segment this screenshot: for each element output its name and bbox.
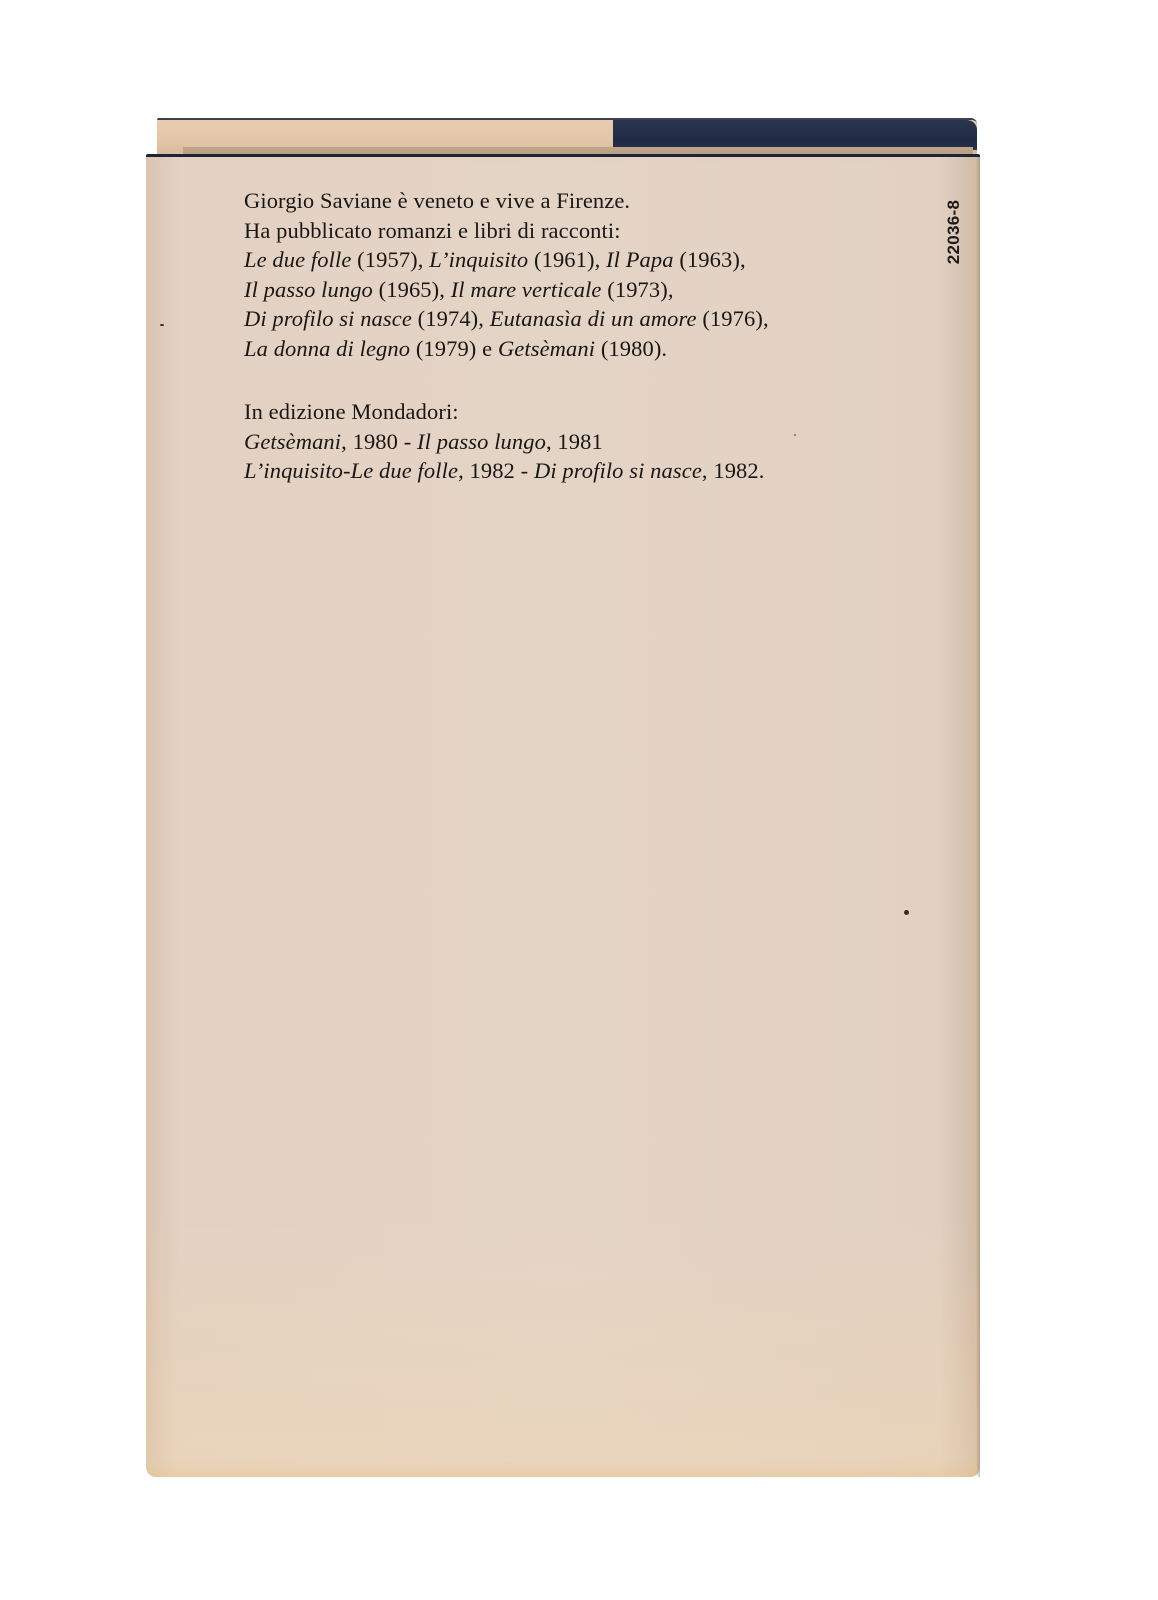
separator: ,: [439, 277, 450, 302]
scan-speck: [160, 324, 164, 326]
spine-cloth: [613, 120, 977, 150]
separator: ,: [595, 247, 606, 272]
edition-year: , 1981: [546, 429, 603, 454]
separator: -: [398, 429, 417, 454]
work-year: (1976): [702, 306, 763, 331]
separator: ,: [418, 247, 429, 272]
edition-title: Il passo lungo: [417, 429, 546, 454]
work-title: La donna di legno: [244, 336, 410, 361]
work-title: Il passo lungo: [244, 277, 373, 302]
mondadori-line-1: Getsèmani, 1980 - Il passo lungo, 1981: [244, 427, 884, 457]
separator: e: [476, 336, 498, 361]
works-line-3: Di profilo si nasce (1974), Eutanasìa di…: [244, 304, 884, 334]
separator: ,: [478, 306, 489, 331]
work-title: L’inquisito: [429, 247, 528, 272]
works-line-2: Il passo lungo (1965), Il mare verticale…: [244, 275, 884, 305]
edition-title: L’inquisito-Le due folle: [244, 458, 458, 483]
mondadori-line-2: L’inquisito-Le due folle, 1982 - Di prof…: [244, 456, 884, 486]
work-year: (1965): [379, 277, 440, 302]
catalog-number: 22036-8: [942, 200, 966, 264]
work-year: (1963): [679, 247, 740, 272]
paragraph-gap: [244, 363, 884, 397]
works-line-1: Le due folle (1957), L’inquisito (1961),…: [244, 245, 884, 275]
edition-title: Di profilo si nasce: [534, 458, 702, 483]
works-line-4: La donna di legno (1979) e Getsèmani (19…: [244, 334, 884, 364]
work-year: (1980): [601, 336, 662, 361]
separator: .: [661, 336, 667, 361]
jacket-fold-edge: [976, 157, 980, 1477]
author-bio: Giorgio Saviane è veneto e vive a Firenz…: [244, 186, 884, 486]
edition-year: , 1980: [341, 429, 398, 454]
work-year: (1973): [607, 277, 668, 302]
bio-line-2: Ha pubblicato romanzi e libri di raccont…: [244, 216, 884, 246]
book-back-cover: Giorgio Saviane è veneto e vive a Firenz…: [0, 0, 1158, 1600]
edition-year: , 1982: [458, 458, 515, 483]
work-title: Il Papa: [606, 247, 674, 272]
separator: ,: [668, 277, 674, 302]
work-year: (1974): [418, 306, 479, 331]
edition-year: , 1982: [702, 458, 759, 483]
mondadori-heading: In edizione Mondadori:: [244, 397, 884, 427]
work-title: Di profilo si nasce: [244, 306, 412, 331]
work-year: (1979): [416, 336, 477, 361]
separator: ,: [740, 247, 746, 272]
separator: ,: [763, 306, 769, 331]
work-title: Eutanasìa di un amore: [490, 306, 697, 331]
work-title: Le due folle: [244, 247, 351, 272]
edition-title: Getsèmani: [244, 429, 341, 454]
bio-line-1: Giorgio Saviane è veneto e vive a Firenz…: [244, 186, 884, 216]
catalog-number-text: 22036-8: [944, 200, 964, 265]
work-title: Getsèmani: [498, 336, 595, 361]
work-year: (1961): [534, 247, 595, 272]
work-year: (1957): [357, 247, 418, 272]
separator: -: [515, 458, 534, 483]
scan-speck: [904, 910, 909, 915]
work-title: Il mare verticale: [451, 277, 602, 302]
separator: .: [759, 458, 765, 483]
